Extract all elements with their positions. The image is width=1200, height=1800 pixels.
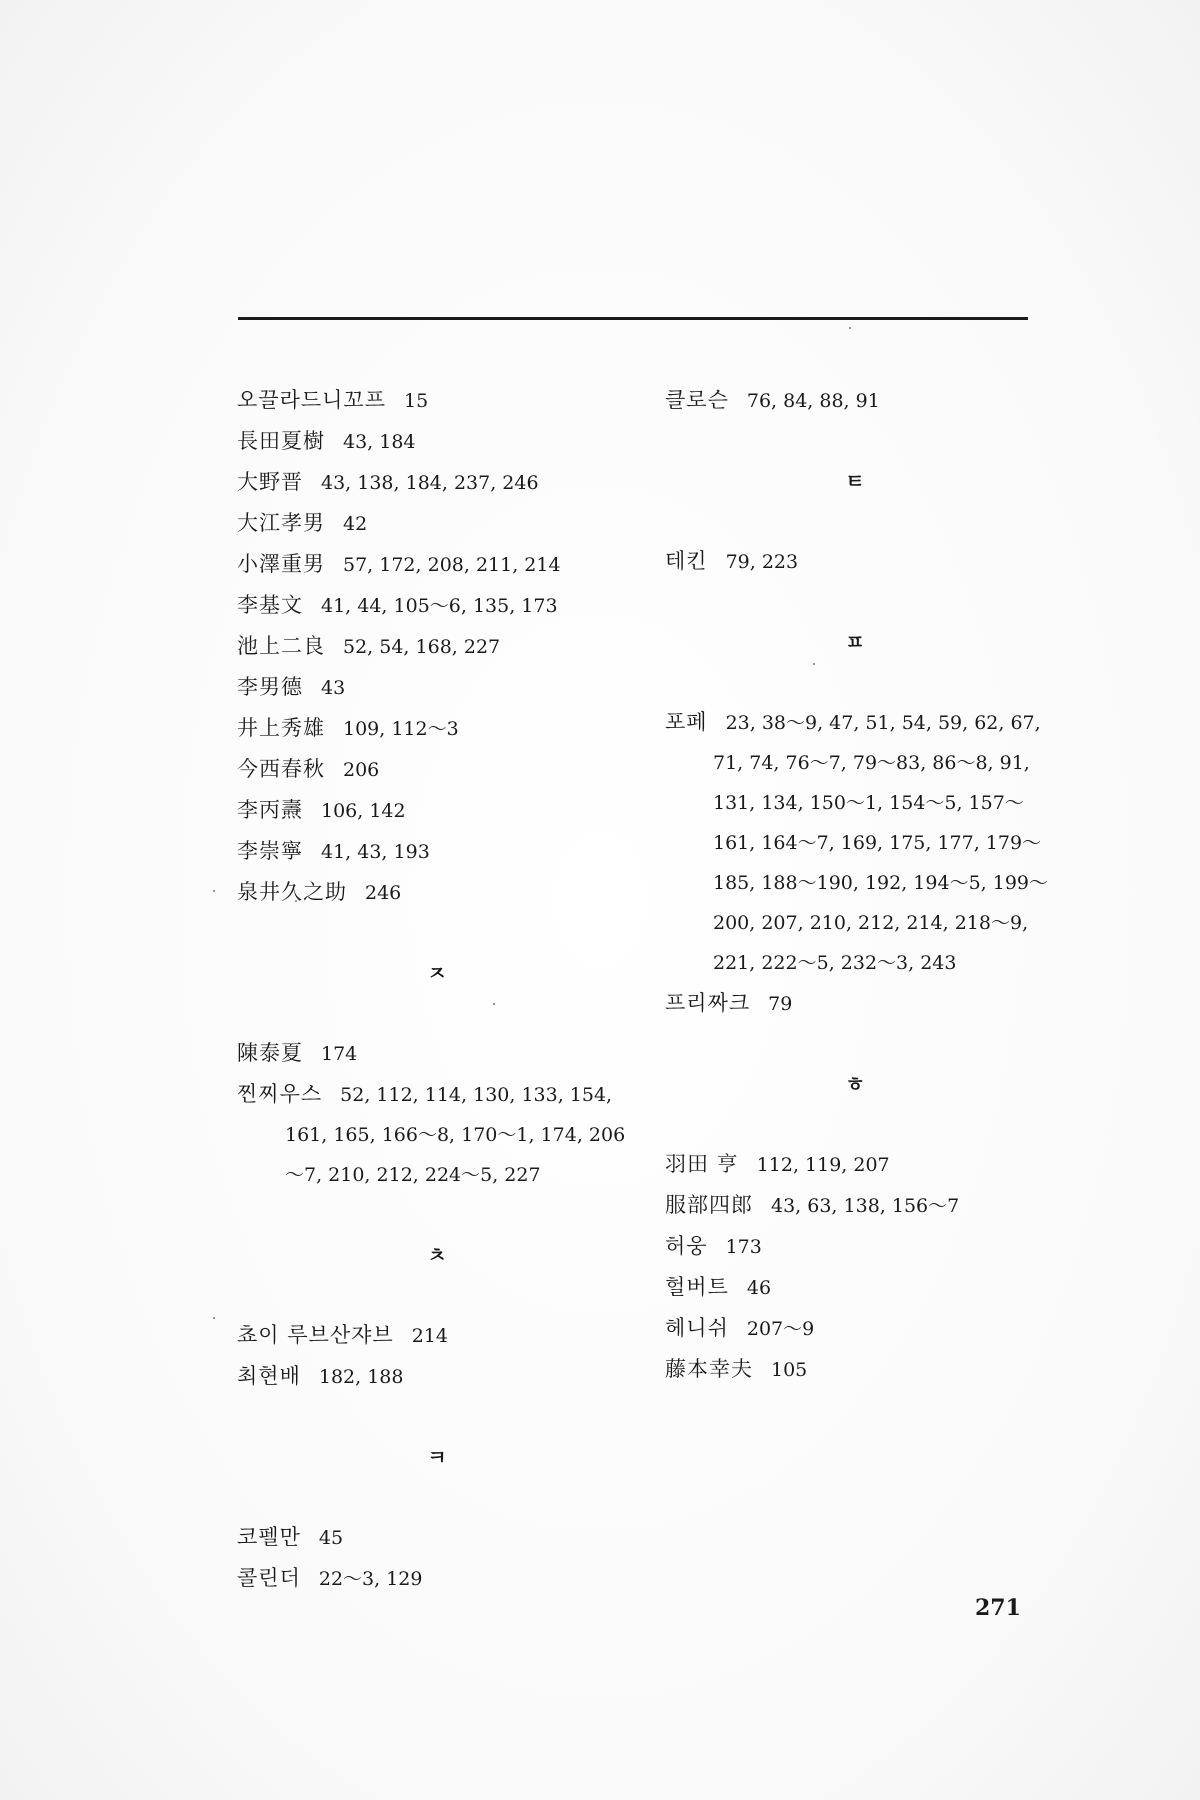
- index-column-left: 오끌라드니꼬프15 長田夏樹43, 184 大野晋43, 138, 184, 2…: [237, 380, 637, 1599]
- entry-term: 大江孝男: [237, 503, 325, 543]
- entry-term: 服部四郎: [665, 1185, 753, 1225]
- page-number: 271: [975, 1595, 1021, 1621]
- index-entry: 코펠만45: [237, 1517, 637, 1558]
- index-entry: 李男德43: [237, 667, 637, 708]
- index-entry: 大江孝男42: [237, 503, 637, 544]
- section-heading-ch: ㅊ: [237, 1235, 637, 1275]
- entry-pages: 174: [321, 1043, 357, 1065]
- index-entry: 허웅173: [665, 1226, 1065, 1267]
- entry-pages-continuation: 185, 188～190, 192, 194～5, 199～: [665, 863, 1065, 903]
- index-entry: 쵸이 루브산쟈브214: [237, 1315, 637, 1356]
- entry-term: 今西春秋: [237, 749, 325, 789]
- entry-pages: 43, 138, 184, 237, 246: [321, 472, 539, 494]
- entry-term: 코펠만: [237, 1517, 301, 1557]
- entry-pages: 246: [365, 882, 401, 904]
- entry-pages: 109, 112～3: [343, 718, 459, 740]
- entry-pages: 106, 142: [321, 800, 406, 822]
- entry-term: 프리짜크: [665, 983, 750, 1023]
- entry-term: 泉井久之助: [237, 872, 347, 912]
- index-entry: 콜린더22～3, 129: [237, 1558, 637, 1599]
- scan-speck: [813, 663, 815, 665]
- index-entry: 大野晋43, 138, 184, 237, 246: [237, 462, 637, 503]
- scan-speck: [213, 1317, 215, 1319]
- entry-pages: 15: [404, 390, 428, 412]
- index-page: 오끌라드니꼬프15 長田夏樹43, 184 大野晋43, 138, 184, 2…: [0, 0, 1200, 1800]
- index-entry: 小澤重男57, 172, 208, 211, 214: [237, 544, 637, 585]
- entry-pages: 23, 38～9, 47, 51, 54, 59, 62, 67,: [726, 712, 1041, 734]
- entry-term: 小澤重男: [237, 544, 325, 584]
- index-entry: 藤本幸夫105: [665, 1349, 1065, 1390]
- entry-pages: 173: [726, 1236, 762, 1258]
- entry-pages: 79, 223: [726, 551, 799, 573]
- index-entry: 池上二良52, 54, 168, 227: [237, 626, 637, 667]
- entry-pages: 45: [319, 1527, 343, 1549]
- entry-pages: 41, 43, 193: [321, 841, 430, 863]
- index-entry: 프리짜크79: [665, 983, 1065, 1024]
- section-heading-h: ㅎ: [645, 1064, 1065, 1104]
- scan-speck: [213, 890, 215, 892]
- entry-pages: 22～3, 129: [319, 1568, 423, 1590]
- entry-pages: 112, 119, 207: [757, 1154, 890, 1176]
- entry-pages: 105: [771, 1359, 807, 1381]
- index-entry: 羽田 亨112, 119, 207: [665, 1144, 1065, 1185]
- entry-term: 오끌라드니꼬프: [237, 380, 386, 420]
- section-heading-p: ㅍ: [645, 622, 1065, 662]
- index-entry: 헐버트46: [665, 1267, 1065, 1308]
- entry-pages: 76, 84, 88, 91: [747, 390, 880, 412]
- index-entry: 李基文41, 44, 105～6, 135, 173: [237, 585, 637, 626]
- entry-pages-continuation: 221, 222～5, 232～3, 243: [665, 943, 1065, 983]
- scan-speck: [493, 1003, 495, 1005]
- entry-term: 포페: [665, 702, 708, 742]
- index-entry: 오끌라드니꼬프15: [237, 380, 637, 421]
- entry-term: 井上秀雄: [237, 708, 325, 748]
- entry-pages-continuation: 161, 165, 166～8, 170～1, 174, 206: [237, 1115, 637, 1155]
- index-entry: 찐찌우스52, 112, 114, 130, 133, 154, 161, 16…: [237, 1074, 637, 1195]
- index-entry: 陳泰夏174: [237, 1033, 637, 1074]
- scan-speck: [849, 327, 851, 329]
- entry-pages: 57, 172, 208, 211, 214: [343, 554, 561, 576]
- entry-term: 찐찌우스: [237, 1074, 322, 1114]
- entry-term: 李男德: [237, 667, 303, 707]
- index-entry: 李丙燾106, 142: [237, 790, 637, 831]
- index-column-right: 클로슨76, 84, 88, 91 ㅌ 테킨79, 223 ㅍ 포페23, 38…: [665, 380, 1065, 1390]
- entry-pages-continuation: 200, 207, 210, 212, 214, 218～9,: [665, 903, 1065, 943]
- index-entry: 泉井久之助246: [237, 872, 637, 913]
- entry-term: 헤니쉬: [665, 1308, 729, 1348]
- entry-term: 池上二良: [237, 626, 325, 666]
- entry-term: 大野晋: [237, 462, 303, 502]
- entry-term: 李丙燾: [237, 790, 303, 830]
- entry-term: 藤本幸夫: [665, 1349, 753, 1389]
- index-entry: 테킨79, 223: [665, 541, 1065, 582]
- section-heading-k: ㅋ: [237, 1437, 637, 1477]
- entry-term: 陳泰夏: [237, 1033, 303, 1073]
- entry-pages: 43, 184: [343, 431, 416, 453]
- entry-term: 허웅: [665, 1226, 708, 1266]
- entry-pages: 43, 63, 138, 156～7: [771, 1195, 959, 1217]
- index-entry: 井上秀雄109, 112～3: [237, 708, 637, 749]
- entry-pages: 182, 188: [319, 1366, 404, 1388]
- entry-term: 李崇寧: [237, 831, 303, 871]
- section-heading-t: ㅌ: [645, 461, 1065, 501]
- index-entry: 클로슨76, 84, 88, 91: [665, 380, 1065, 421]
- top-rule-divider: [238, 317, 1028, 320]
- index-entry: 今西春秋206: [237, 749, 637, 790]
- scan-speck: [295, 900, 297, 902]
- entry-pages-continuation: 71, 74, 76～7, 79～83, 86～8, 91,: [665, 743, 1065, 783]
- entry-pages: 52, 54, 168, 227: [343, 636, 500, 658]
- index-entry: 포페23, 38～9, 47, 51, 54, 59, 62, 67, 71, …: [665, 702, 1065, 983]
- entry-term: 羽田 亨: [665, 1144, 739, 1184]
- entry-term: 쵸이 루브산쟈브: [237, 1315, 394, 1355]
- entry-pages: 207～9: [747, 1318, 814, 1340]
- entry-term: 李基文: [237, 585, 303, 625]
- entry-term: 콜린더: [237, 1558, 301, 1598]
- index-entry: 服部四郎43, 63, 138, 156～7: [665, 1185, 1065, 1226]
- entry-pages: 41, 44, 105～6, 135, 173: [321, 595, 558, 617]
- entry-pages: 46: [747, 1277, 771, 1299]
- entry-term: 테킨: [665, 541, 708, 581]
- entry-term: 클로슨: [665, 380, 729, 420]
- entry-pages: 42: [343, 513, 367, 535]
- entry-pages-continuation: 161, 164～7, 169, 175, 177, 179～: [665, 823, 1065, 863]
- entry-pages-continuation: ～7, 210, 212, 224～5, 227: [237, 1155, 637, 1195]
- entry-pages-continuation: 131, 134, 150～1, 154～5, 157～: [665, 783, 1065, 823]
- entry-term: 최현배: [237, 1356, 301, 1396]
- index-entry: 최현배182, 188: [237, 1356, 637, 1397]
- entry-pages: 214: [412, 1325, 448, 1347]
- index-entry: 長田夏樹43, 184: [237, 421, 637, 462]
- entry-term: 헐버트: [665, 1267, 729, 1307]
- index-entry: 헤니쉬207～9: [665, 1308, 1065, 1349]
- entry-pages: 206: [343, 759, 379, 781]
- entry-pages: 79: [768, 993, 792, 1015]
- index-entry: 李崇寧41, 43, 193: [237, 831, 637, 872]
- entry-term: 長田夏樹: [237, 421, 325, 461]
- section-heading-j: ㅈ: [237, 953, 637, 993]
- entry-pages: 52, 112, 114, 130, 133, 154,: [340, 1084, 612, 1106]
- entry-pages: 43: [321, 677, 345, 699]
